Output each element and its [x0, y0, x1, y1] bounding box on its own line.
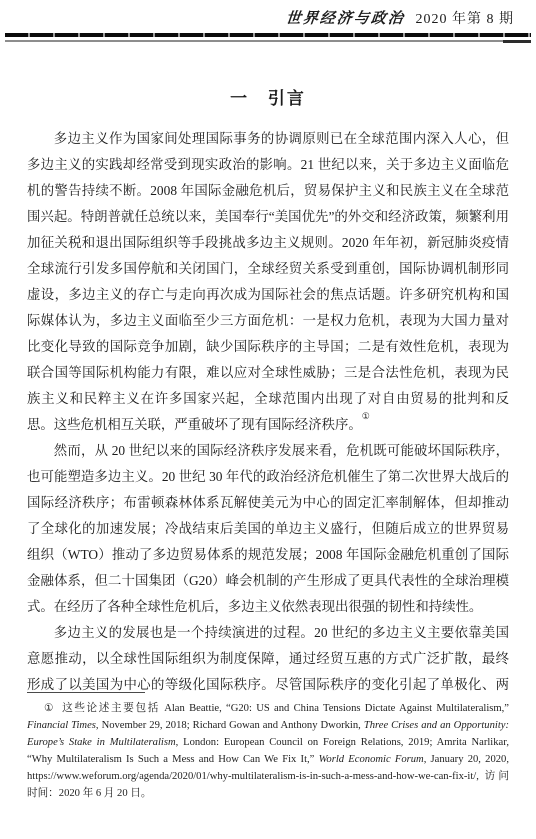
journal-page: 世界经济与政治2020 年第 8 期 一引言 多边主义作为国家间处理国际事务的协…: [0, 0, 536, 839]
footnote-citation: 这些论述主要包括 Alan Beattie, “G20: US and Chin…: [27, 703, 509, 799]
article-body: 多边主义作为国家间处理国际事务的协调原则已在全球范围内深入人心，但多边主义的实践…: [27, 126, 509, 698]
footnote-area: ①这些论述主要包括 Alan Beattie, “G20: US and Chi…: [27, 692, 509, 802]
paragraph-text: 多边主义的发展也是一个持续演进的过程。20 世纪的多边主义主要依靠美国意愿推动，…: [27, 625, 509, 698]
body-paragraph-2: 然而，从 20 世纪以来的国际经济秩序发展来看，危机既可能破坏国际秩序，也可能塑…: [27, 438, 509, 620]
section-heading: 一引言: [0, 84, 536, 109]
header-rule-thin: [5, 40, 531, 42]
section-title: 引言: [268, 89, 306, 108]
header-rule-thick: [5, 33, 531, 37]
running-head: 世界经济与政治2020 年第 8 期: [0, 7, 536, 28]
body-paragraph-1: 多边主义作为国家间处理国际事务的协调原则已在全球范围内深入人心，但多边主义的实践…: [27, 126, 509, 438]
journal-name-calligraphy: 世界经济与政治: [285, 7, 406, 28]
issue-label: 2020 年第 8 期: [416, 12, 515, 27]
section-number: 一: [230, 89, 249, 108]
page-header: 世界经济与政治2020 年第 8 期: [0, 0, 536, 42]
paragraph-text: 然而，从 20 世纪以来的国际经济秩序发展来看，危机既可能破坏国际秩序，也可能塑…: [27, 443, 509, 614]
header-rule-end-cap: [503, 40, 531, 43]
footnote-text: ①这些论述主要包括 Alan Beattie, “G20: US and Chi…: [27, 700, 509, 802]
footnote-separator-rule: [27, 692, 145, 693]
footnote-marker: ①: [44, 703, 55, 714]
paragraph-text: 多边主义作为国家间处理国际事务的协调原则已在全球范围内深入人心，但多边主义的实践…: [27, 131, 509, 432]
footnote-reference-1: ①: [362, 411, 370, 421]
body-paragraph-3: 多边主义的发展也是一个持续演进的过程。20 世纪的多边主义主要依靠美国意愿推动，…: [27, 620, 509, 698]
